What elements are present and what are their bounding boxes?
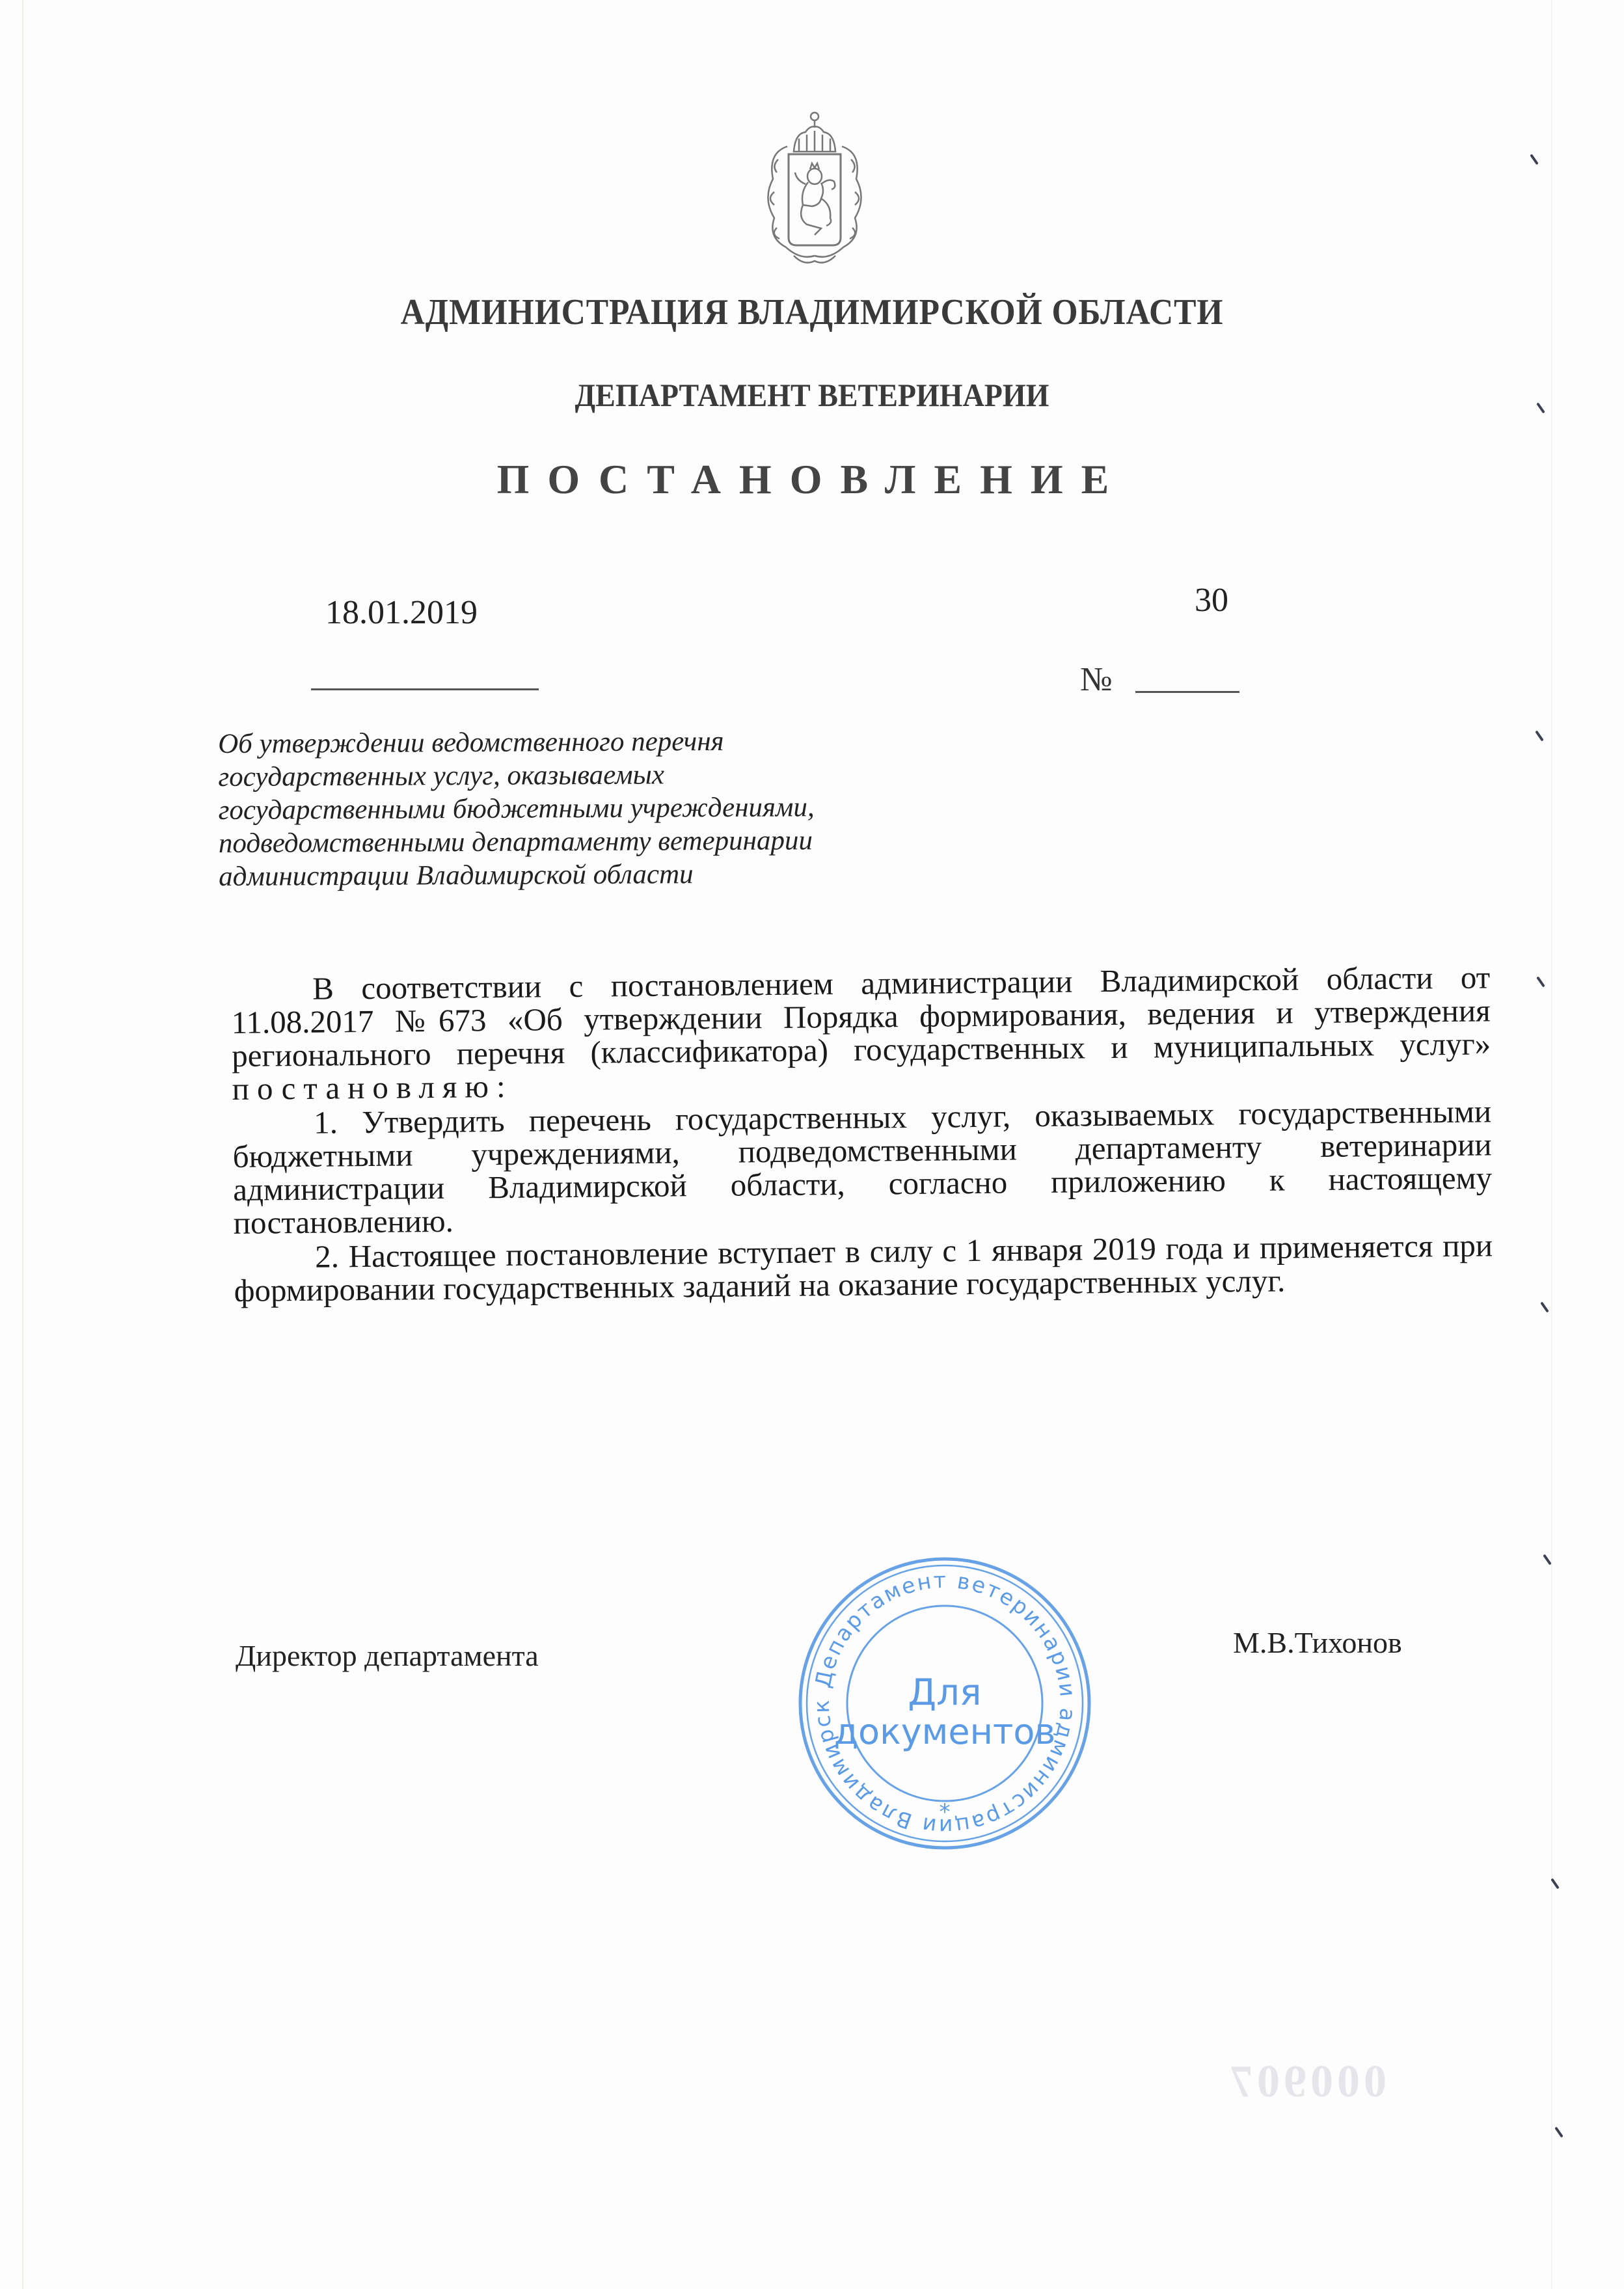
signatory-name: М.В.Тихонов — [1233, 1625, 1402, 1660]
subject-line: государственными бюджетными учреждениями… — [219, 790, 967, 827]
stamp-center-line-2: документов — [834, 1711, 1056, 1752]
document-number: 30 — [1195, 581, 1228, 619]
document-type-title: ПОСТАНОВЛЕНИЕ — [0, 455, 1624, 504]
number-underline — [1135, 691, 1239, 693]
organization-name: АДМИНИСТРАЦИЯ ВЛАДИМИРСКОЙ ОБЛАСТИ — [65, 291, 1559, 333]
margin-tick-mark — [1530, 154, 1539, 165]
subject-line: подведомственными департаменту ветеринар… — [219, 823, 967, 860]
subject-line: Об утверждении ведомственного перечня — [218, 724, 966, 761]
signatory-title: Директор департамента — [236, 1638, 539, 1673]
item-paragraph-2: 2. Настоящее постановление вступает в си… — [234, 1228, 1493, 1307]
scan-edge-right — [1551, 0, 1552, 2289]
margin-tick-mark — [1540, 1301, 1549, 1312]
document-subject: Об утверждении ведомственного перечня го… — [218, 724, 967, 893]
coat-of-arms-icon — [748, 107, 882, 270]
preamble-paragraph: В соответствии с постановлением админист… — [231, 960, 1491, 1105]
margin-tick-mark — [1554, 2126, 1563, 2137]
margin-tick-mark — [1536, 976, 1545, 987]
subject-line: администрации Владимирской области — [219, 856, 967, 893]
document-body: В соответствии с постановлением админист… — [231, 960, 1493, 1307]
bleed-through-serial: 000907 — [1226, 2056, 1387, 2108]
department-name: ДЕПАРТАМЕНТ ВЕТЕРИНАРИИ — [65, 376, 1559, 414]
official-seal-stamp: Департамент ветеринарии администрации Вл… — [795, 1554, 1094, 1853]
margin-tick-mark — [1535, 730, 1544, 741]
item-paragraph-1: 1. Утвердить перечень государственных ус… — [232, 1094, 1493, 1239]
preamble-text: В соответствии с постановлением админист… — [231, 959, 1491, 1074]
date-underline — [311, 688, 539, 690]
stamp-center-line-1: Для — [908, 1672, 981, 1714]
margin-tick-mark — [1543, 1554, 1552, 1565]
number-sign: № — [1080, 660, 1113, 699]
subject-line: государственных услуг, оказываемых — [218, 757, 966, 794]
scanned-document-page: АДМИНИСТРАЦИЯ ВЛАДИМИРСКОЙ ОБЛАСТИ ДЕПАР… — [0, 0, 1624, 2289]
stamp-star-icon: * — [940, 1799, 951, 1825]
document-date: 18.01.2019 — [325, 593, 478, 632]
resolve-word: постановляю: — [232, 1068, 513, 1107]
scan-edge-left — [22, 0, 23, 2289]
